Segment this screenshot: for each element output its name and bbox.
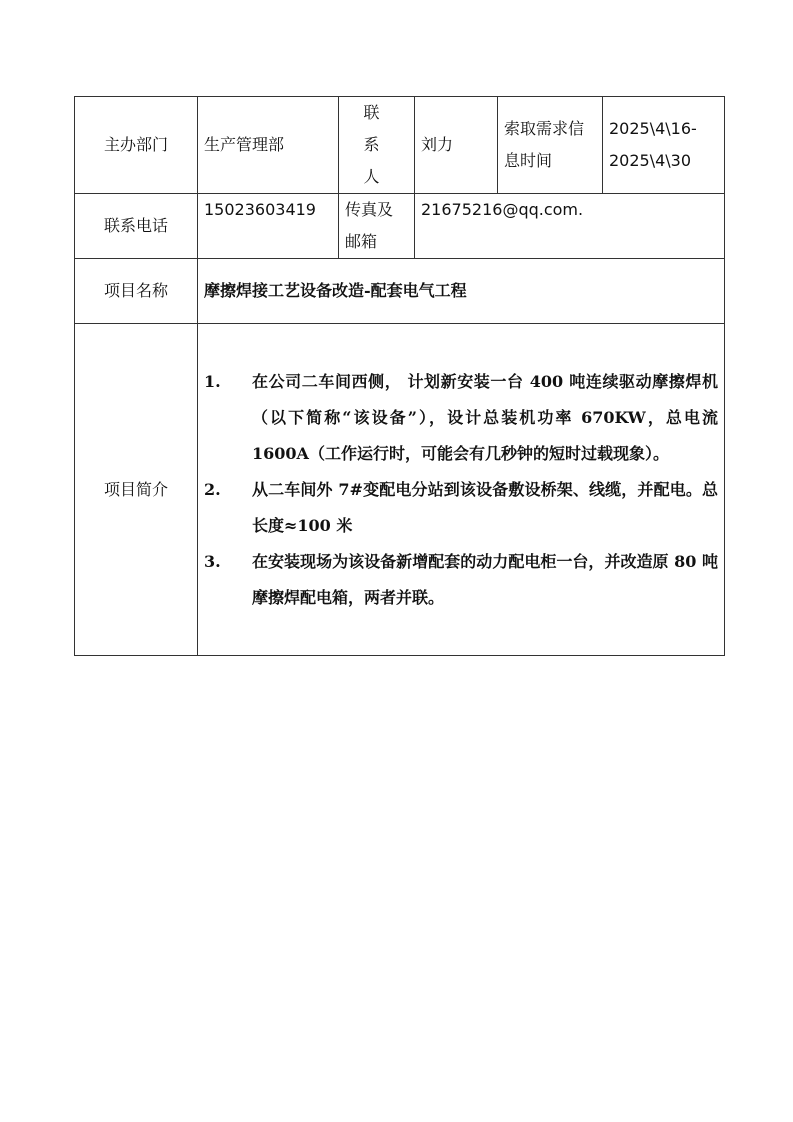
intro-item-3: 3. 在安装现场为该设备新增配套的动力配电柜一台，并改造原 80 吨摩擦焊配电箱… [204,544,718,616]
time-label: 索取需求信息时间 [498,97,603,194]
item-text: 从二车间外 7#变配电分站到该设备敷设桥架、线缆，并配电。总长度≈100 米 [252,472,718,544]
item-number: 1. [204,364,252,472]
phone-label: 联系电话 [75,194,198,259]
row-project-intro: 项目简介 1. 在公司二车间西侧， 计划新安装一台 400 吨连续驱动摩擦焊机（… [75,324,725,656]
row-department: 主办部门 生产管理部 联 系 人 刘力 索取需求信息时间 2025\4\16-2… [75,97,725,194]
project-name-label: 项目名称 [75,259,198,324]
row-project-name: 项目名称 摩擦焊接工艺设备改造-配套电气工程 [75,259,725,324]
fax-email-value: 21675216@qq.com. [415,194,725,259]
project-intro-label: 项目简介 [75,324,198,656]
phone-value: 15023603419 [198,194,339,259]
dept-value: 生产管理部 [198,97,339,194]
row-phone: 联系电话 15023603419 传真及邮箱 21675216@qq.com. [75,194,725,259]
intro-item-1: 1. 在公司二车间西侧， 计划新安装一台 400 吨连续驱动摩擦焊机（以下简称“… [204,364,718,472]
item-number: 2. [204,472,252,544]
contact-label: 联 系 人 [339,97,415,194]
time-value: 2025\4\16-2025\4\30 [603,97,725,194]
item-text: 在安装现场为该设备新增配套的动力配电柜一台，并改造原 80 吨摩擦焊配电箱，两者… [252,544,718,616]
item-text: 在公司二车间西侧， 计划新安装一台 400 吨连续驱动摩擦焊机（以下简称“该设备… [252,364,718,472]
contact-value: 刘力 [415,97,498,194]
item-number: 3. [204,544,252,616]
project-intro-content: 1. 在公司二车间西侧， 计划新安装一台 400 吨连续驱动摩擦焊机（以下简称“… [198,324,725,656]
fax-label: 传真及邮箱 [339,194,415,259]
dept-label: 主办部门 [75,97,198,194]
intro-item-2: 2. 从二车间外 7#变配电分站到该设备敷设桥架、线缆，并配电。总长度≈100 … [204,472,718,544]
project-info-table: 主办部门 生产管理部 联 系 人 刘力 索取需求信息时间 2025\4\16-2… [74,96,725,656]
project-name-value: 摩擦焊接工艺设备改造-配套电气工程 [198,259,725,324]
